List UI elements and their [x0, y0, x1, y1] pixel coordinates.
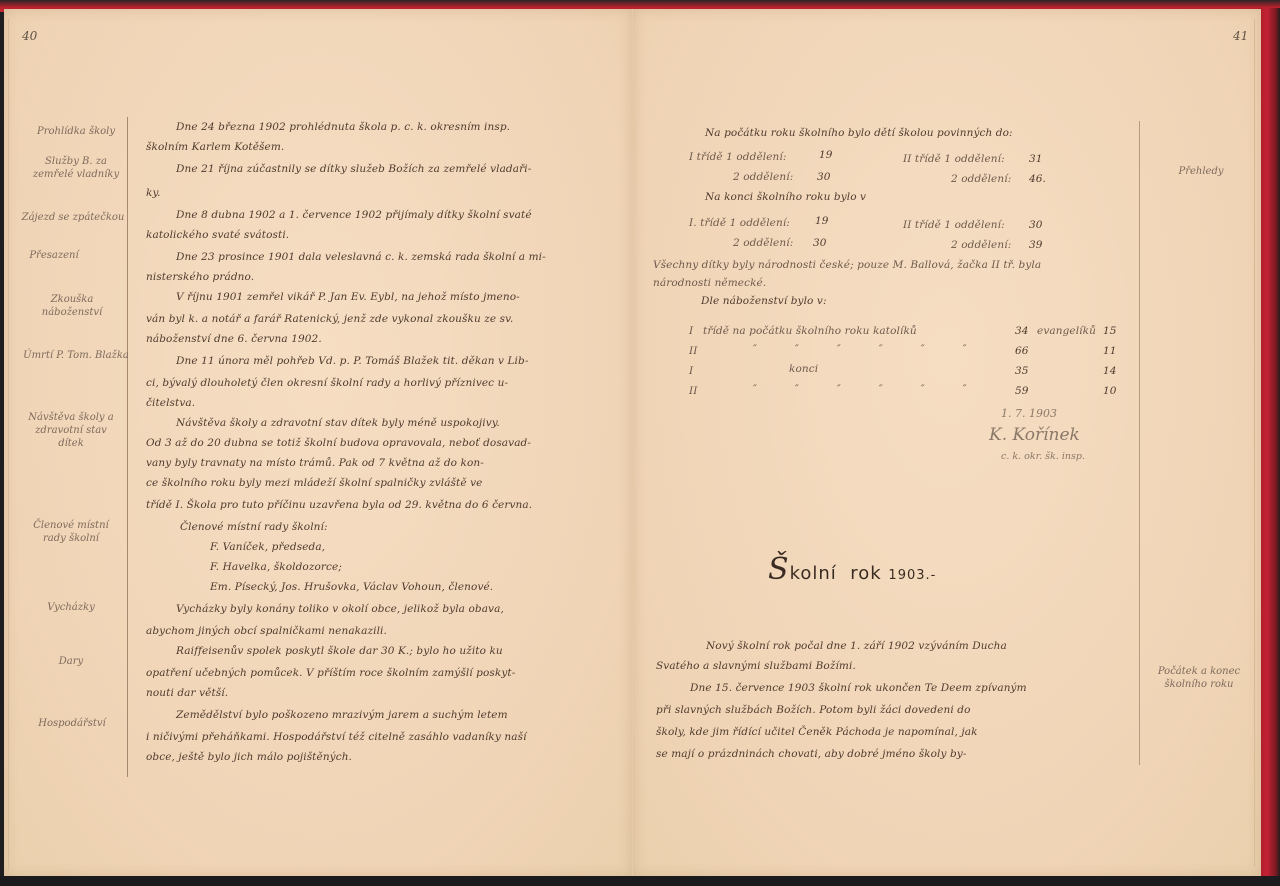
enrollment-label: II třídě 1 oddělení:: [903, 153, 1005, 165]
section-title: Školní rok 1903.-: [768, 552, 936, 587]
text-line: při slavných službách Božích. Potom byli…: [656, 704, 971, 716]
religion-heading: Dle náboženství bylo v:: [701, 295, 827, 307]
evangelic-count: 10: [1103, 385, 1117, 397]
text-line: obce, ještě bylo jich málo pojištěných.: [146, 751, 352, 763]
text-line: F. Vaníček, předseda,: [210, 541, 325, 553]
religion-class: I: [689, 325, 693, 337]
text-line: vany byly travnaty na místo trámů. Pak o…: [146, 457, 484, 469]
text-line: Dne 15. července 1903 školní rok ukončen…: [690, 682, 1027, 694]
margin-note: Prohlídka školy: [26, 125, 126, 138]
evangelic-count: 15: [1103, 325, 1117, 337]
book-cover-right-edge: [1258, 8, 1280, 878]
margin-rule: [1139, 121, 1140, 765]
enrollment-value: 31: [1029, 153, 1043, 165]
catholic-count: 35: [1015, 365, 1029, 377]
text-line: Raiffeisenův spolek poskytl škole dar 30…: [176, 645, 503, 657]
ditto-marks: ″″″″″″: [753, 343, 1005, 355]
enrollment-label: 2 oddělení:: [733, 171, 793, 183]
text-line: čitelstva.: [146, 397, 195, 409]
margin-note: Členové místní rady školní: [26, 519, 116, 545]
title-year: 1903.-: [888, 568, 936, 583]
margin-note: Úmrtí P. Tom. Blažka: [18, 349, 134, 362]
text-line: Em. Písecký, Jos. Hrušovka, Václav Vohou…: [210, 581, 493, 593]
text-line: nouti dar větší.: [146, 687, 228, 699]
margin-note: Vycházky: [26, 601, 116, 614]
text-line: i ničivými přeháňkami. Hospodářství též …: [146, 731, 527, 743]
catholic-count: 34: [1015, 325, 1029, 337]
text-line: ce školního roku byly mezi mládeží školn…: [146, 477, 482, 489]
text-line: ván byl k. a notář a farář Ratenický, je…: [146, 313, 513, 325]
catholic-count: 66: [1015, 345, 1029, 357]
text-line: Zemědělství bylo poškozeno mrazivým jare…: [176, 709, 508, 721]
signature-name: K. Kořínek: [989, 425, 1080, 445]
text-line: Svatého a slavnými službami Božími.: [656, 660, 856, 672]
enrollment-value: 19: [815, 215, 829, 227]
nationality-note: Všechny dítky byly národnosti české; pou…: [653, 259, 1041, 271]
text-line: Od 3 až do 20 dubna se totiž školní budo…: [146, 437, 531, 449]
enrollment-start-heading: Na počátku roku školního bylo dětí školo…: [705, 127, 1013, 139]
text-line: Dne 11 února měl pohřeb Vd. p. P. Tomáš …: [176, 355, 528, 367]
signature-title: c. k. okr. šk. insp.: [1001, 451, 1085, 462]
enrollment-label: 2 oddělení:: [951, 173, 1011, 185]
enrollment-value: 46.: [1029, 173, 1046, 185]
text-line: V říjnu 1901 zemřel vikář P. Jan Ev. Eyb…: [176, 291, 520, 303]
religion-class: I: [689, 365, 693, 377]
catholic-count: 59: [1015, 385, 1029, 397]
enrollment-value: 30: [813, 237, 827, 249]
text-line: Vycházky byly konány toliko v okolí obce…: [176, 603, 504, 615]
religion-class: II: [689, 345, 698, 357]
margin-note: Přesazení: [14, 249, 94, 262]
page-number: 41: [1233, 29, 1248, 43]
text-line: Dne 24 března 1902 prohlédnuta škola p. …: [176, 121, 510, 133]
enrollment-end-heading: Na konci školního roku bylo v: [705, 191, 866, 203]
enrollment-value: 19: [819, 149, 833, 161]
enrollment-label: I třídě 1 oddělení:: [689, 151, 786, 163]
text-line: Členové místní rady školní:: [180, 521, 328, 533]
evangelic-count: 11: [1103, 345, 1117, 357]
religion-class: II: [689, 385, 698, 397]
text-line: abychom jiných obcí spalničkami nenakazi…: [146, 625, 387, 637]
enrollment-value: 30: [1029, 219, 1043, 231]
text-line: Dne 8 dubna 1902 a 1. července 1902 přij…: [176, 209, 532, 221]
text-line: Dne 23 prosince 1901 dala veleslavná c. …: [176, 251, 546, 263]
text-line: ci, bývalý dlouholetý člen okresní školn…: [146, 377, 508, 389]
enrollment-value: 30: [817, 171, 831, 183]
religion-label: třídě na počátku školního roku katolíků: [703, 325, 917, 337]
margin-note: Dary: [26, 655, 116, 668]
enrollment-label: II třídě 1 oddělení:: [903, 219, 1005, 231]
title-word: rok: [850, 563, 881, 584]
evangelic-count: 14: [1103, 365, 1117, 377]
text-line: F. Havelka, školdozorce;: [210, 561, 342, 573]
text-line: opatření učebných pomůcek. V příštím roc…: [146, 667, 515, 679]
left-page: 40 Prohlídka školy Služby B. za zemřelé …: [4, 9, 633, 877]
enrollment-label: 2 oddělení:: [951, 239, 1011, 251]
text-line: katolického svaté svátosti.: [146, 229, 289, 241]
margin-note: Zájezd se zpátečkou: [18, 211, 128, 224]
title-initial: Š: [768, 552, 790, 587]
text-line: třídě I. Škola pro tuto příčinu uzavřena…: [146, 499, 532, 511]
enrollment-value: 39: [1029, 239, 1043, 251]
text-line: Nový školní rok počal dne 1. září 1902 v…: [706, 640, 1007, 652]
text-line: školy, kde jim řídící učitel Čeněk Pácho…: [656, 726, 978, 738]
margin-note: Přehledy: [1151, 165, 1251, 178]
text-line: Návštěva školy a zdravotní stav dítek by…: [176, 417, 500, 429]
book-bottom-edge: [0, 876, 1280, 886]
nationality-note: národnosti německé.: [653, 277, 766, 289]
margin-note: Hospodářství: [22, 717, 122, 730]
margin-note: Návštěva školy a zdravotní stav dítek: [26, 411, 116, 450]
margin-note: Počátek a konec školního roku: [1151, 665, 1247, 691]
text-line: náboženství dne 6. června 1902.: [146, 333, 322, 345]
page-number: 40: [22, 29, 37, 43]
evangelic-label: evangelíků: [1037, 325, 1096, 337]
religion-label: konci: [789, 363, 818, 375]
enrollment-label: I. třídě 1 oddělení:: [689, 217, 790, 229]
title-word: kolní: [790, 563, 837, 584]
right-page: 41 Přehledy Počátek a konec školního rok…: [632, 9, 1261, 877]
text-line: ky.: [146, 187, 161, 199]
text-line: se mají o prázdninách chovati, aby dobré…: [656, 748, 967, 760]
margin-note: Služby B. za zemřelé vladníky: [26, 155, 126, 181]
enrollment-label: 2 oddělení:: [733, 237, 793, 249]
text-line: Dne 21 října zúčastnily se dítky služeb …: [176, 163, 531, 175]
text-line: nisterského prádno.: [146, 271, 254, 283]
text-line: školním Karlem Kotěšem.: [146, 141, 284, 153]
ditto-marks: ″″″″″″: [753, 383, 1005, 395]
margin-note: Zkouška náboženství: [22, 293, 122, 319]
signature-date: 1. 7. 1903: [1001, 407, 1057, 420]
